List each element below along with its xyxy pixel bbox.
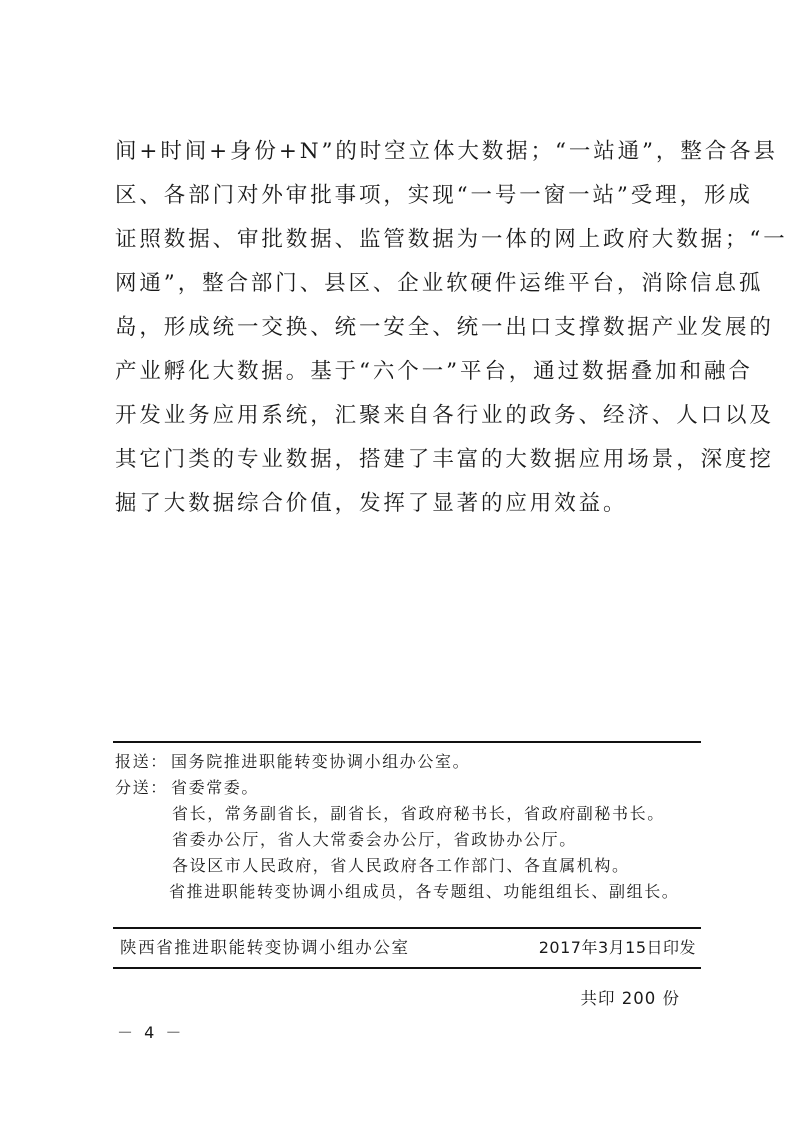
body-line: 产业孵化大数据。基于“六个一”平台，通过数据叠加和融合 bbox=[115, 357, 700, 401]
middle-divider bbox=[113, 927, 701, 929]
body-line: 间+时间+身份+N”的时空立体大数据；“一站通”，整合各县 bbox=[115, 137, 700, 181]
report-recipients: 国务院推进职能转变协调小组办公室。 bbox=[171, 752, 470, 771]
copies-count: 共印 200 份 bbox=[581, 985, 680, 1009]
body-line: 网通”，整合部门、县区、企业软硬件运维平台，消除信息孤 bbox=[115, 269, 700, 313]
body-paragraph: 间+时间+身份+N”的时空立体大数据；“一站通”，整合各县 区、各部门对外审批事… bbox=[115, 137, 700, 533]
copy-label: 分送： bbox=[115, 776, 171, 800]
report-label: 报送： bbox=[115, 750, 171, 774]
copy-recipients-line: 各设区市人民政府，省人民政府各工作部门、各直属机构。 bbox=[115, 854, 705, 880]
body-line: 区、各部门对外审批事项，实现“一号一窗一站”受理，形成 bbox=[115, 181, 700, 225]
body-line: 其它门类的专业数据，搭建了丰富的大数据应用场景，深度挖 bbox=[115, 445, 700, 489]
top-divider bbox=[113, 741, 701, 743]
copy-to-line: 分送：省委常委。 bbox=[115, 776, 705, 802]
page-number: － 4 － bbox=[117, 1020, 184, 1043]
issuer-row: 陕西省推进职能转变协调小组办公室 2017年3月15日印发 bbox=[120, 932, 696, 964]
body-line: 证照数据、审批数据、监管数据为一体的网上政府大数据；“一 bbox=[115, 225, 700, 269]
distribution-block: 报送：国务院推进职能转变协调小组办公室。 分送：省委常委。 省长，常务副省长，副… bbox=[115, 750, 705, 906]
issuer-name: 陕西省推进职能转变协调小组办公室 bbox=[120, 932, 410, 964]
body-line: 掘了大数据综合价值，发挥了显著的应用效益。 bbox=[115, 489, 700, 533]
body-line: 开发业务应用系统，汇聚来自各行业的政务、经济、人口以及 bbox=[115, 401, 700, 445]
copy-recipients-line: 省推进职能转变协调小组成员，各专题组、功能组组长、副组长。 bbox=[115, 880, 705, 906]
copy-recipients-line: 省长，常务副省长，副省长，省政府秘书长，省政府副秘书长。 bbox=[115, 802, 705, 828]
copy-recipients-line: 省委办公厅，省人大常委会办公厅，省政协办公厅。 bbox=[115, 828, 705, 854]
report-to-line: 报送：国务院推进职能转变协调小组办公室。 bbox=[115, 750, 705, 776]
copy-recipients: 省委常委。 bbox=[171, 778, 259, 797]
issue-date: 2017年3月15日印发 bbox=[539, 932, 696, 964]
bottom-divider bbox=[113, 967, 701, 969]
body-line: 岛，形成统一交换、统一安全、统一出口支撑数据产业发展的 bbox=[115, 313, 700, 357]
